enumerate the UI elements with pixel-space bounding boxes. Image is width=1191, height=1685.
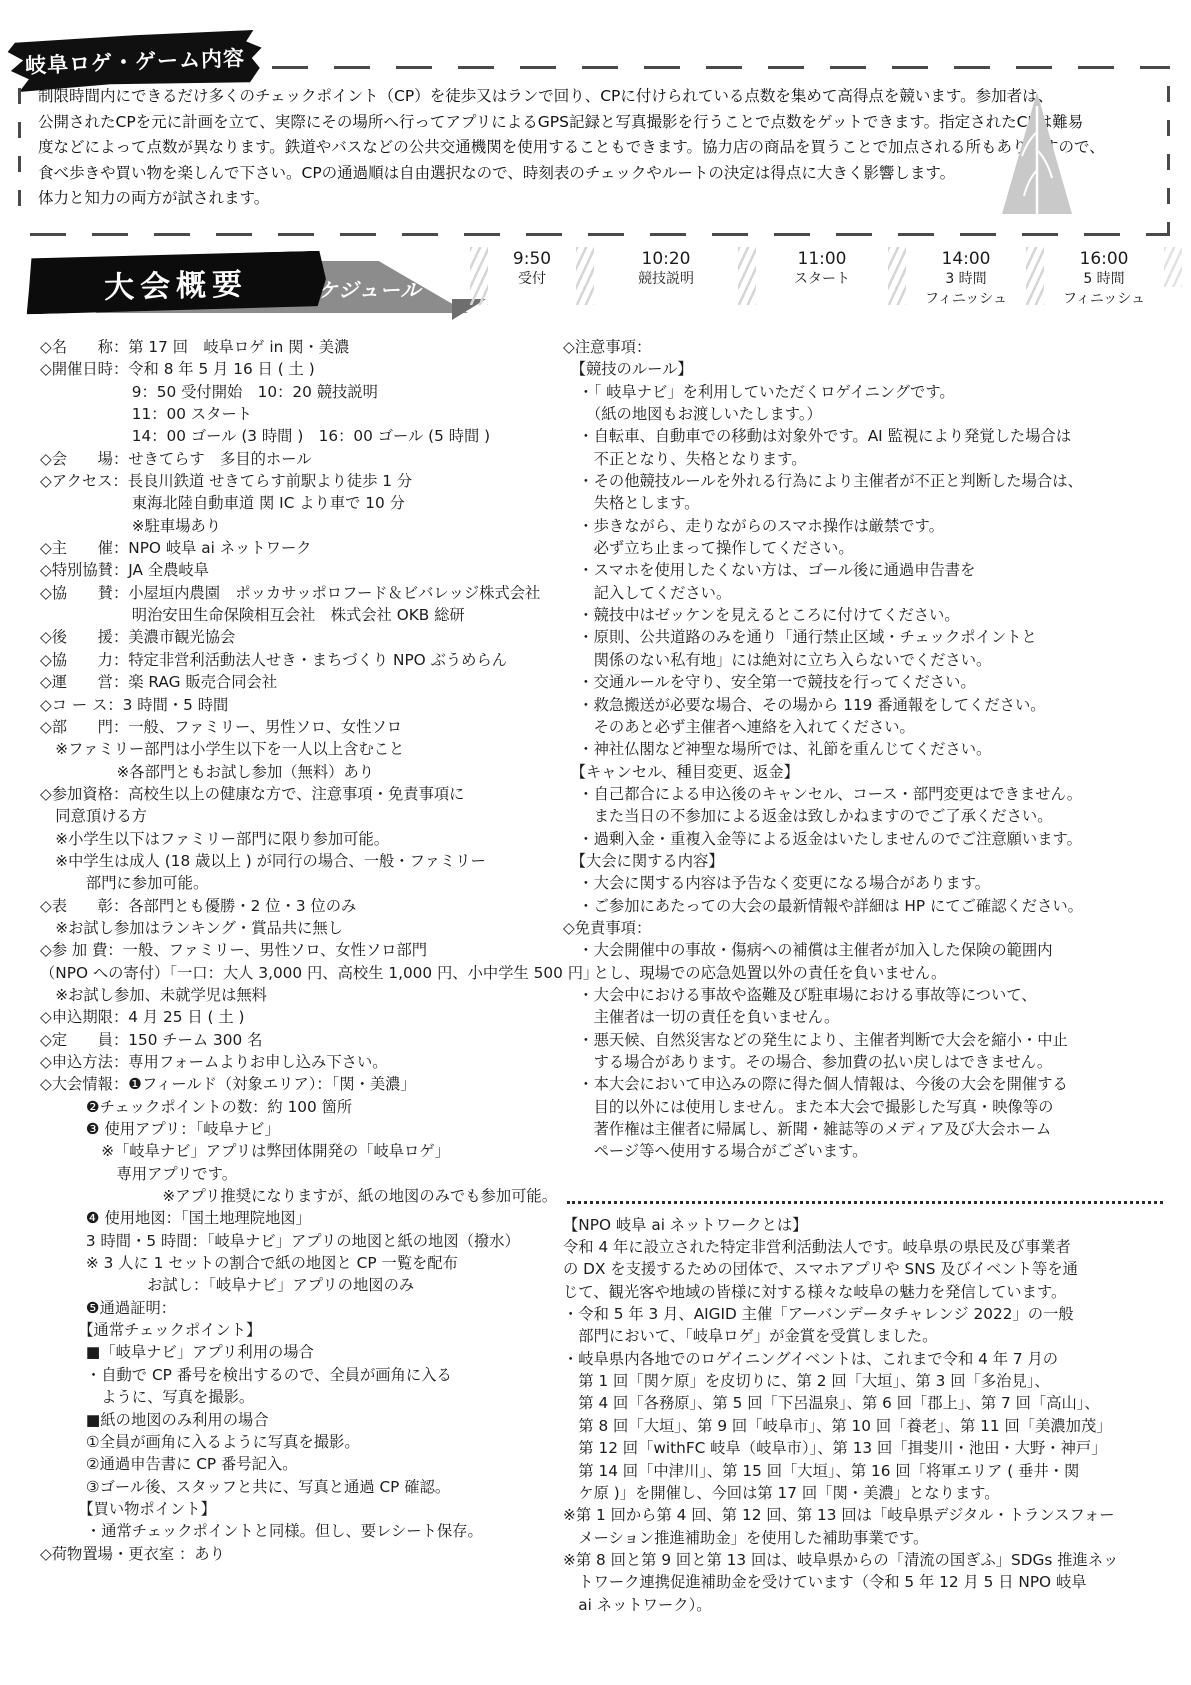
text-line: お試し：「岐阜ナビ」アプリの地図のみ bbox=[40, 1274, 565, 1296]
text-line: ・スマホを使用したくない方は、ゴール後に通過申告書を bbox=[563, 559, 1163, 581]
text-line: ◇アクセス：長良川鉄道 せきてらす前駅より徒歩 1 分 bbox=[40, 470, 565, 492]
text-line: ◇特別協賛：JA 全農岐阜 bbox=[40, 559, 565, 581]
text-line: ・交通ルールを守り、安全第一で競技を行ってください。 bbox=[563, 671, 1163, 693]
text-line: する場合があります。その場合、参加費の払い戻しはできません。 bbox=[563, 1051, 1163, 1073]
text-line: ※小学生以下はファミリー部門に限り参加可能。 bbox=[40, 828, 565, 850]
text-line: ②通過申告書に CP 番号記入。 bbox=[40, 1453, 565, 1475]
timeline-separator bbox=[576, 247, 594, 305]
timeline-separator bbox=[888, 247, 906, 305]
text-line: 食べ歩きや買い物を楽しんで下さい。CPの通過順は自由選択なので、時刻表のチェック… bbox=[38, 161, 1158, 187]
text-line: ※アプリ推奨になりますが、紙の地図のみでも参加可能。 bbox=[40, 1185, 565, 1207]
text-line: ※ファミリー部門は小学生以下を一人以上含むこと bbox=[40, 738, 565, 760]
text-line: 【通常チェックポイント】 bbox=[40, 1319, 565, 1341]
intro-box-border-left bbox=[18, 88, 21, 216]
text-line: 関係のない私有地」には絶対に立ち入らないでください。 bbox=[563, 649, 1163, 671]
text-line: ※お試し参加、未就学児は無料 bbox=[40, 984, 565, 1006]
text-line: ※中学生は成人 (18 歳以上 ) が同行の場合、一般・ファミリー bbox=[40, 850, 565, 872]
text-line: 【買い物ポイント】 bbox=[40, 1498, 565, 1520]
text-line: ◇運 営：楽 RAG 販売合同会社 bbox=[40, 671, 565, 693]
tree-icon bbox=[1000, 88, 1074, 218]
text-line: ◇会 場：せきてらす 多目的ホール bbox=[40, 448, 565, 470]
text-line: 第 4 回「各務原」、第 5 回「下呂温泉」、第 6 回「郡上」、第 7 回「高… bbox=[563, 1392, 1163, 1414]
text-line: ◇荷物置場・更衣室 ：あり bbox=[40, 1543, 565, 1565]
text-line: ・その他競技ルールを外れる行為により主催者が不正と判断した場合は、 bbox=[563, 470, 1163, 492]
text-line: ❹ 使用地図：「国土地理院地図」 bbox=[40, 1207, 565, 1229]
text-line: （NPO への寄付）「一口：大人 3,000 円、高校生 1,000 円、小中学… bbox=[40, 962, 565, 984]
text-line: ・大会に関する内容は予告なく変更になる場合があります。 bbox=[563, 872, 1163, 894]
text-line: ❷チェックポイントの数：約 100 箇所 bbox=[40, 1096, 565, 1118]
text-line: ・大会開催中の事故・傷病への補償は主催者が加入した保険の範囲内 bbox=[563, 939, 1163, 961]
text-line: ※第 8 回と第 9 回と第 13 回は、岐阜県からの「清流の国ぎふ」SDGs … bbox=[563, 1549, 1163, 1571]
left-column-details: ◇名 称：第 17 回 岐阜ロゲ in 関・美濃◇開催日時：令和 8 年 5 月… bbox=[40, 336, 565, 1565]
timeline-label: 競技説明 bbox=[596, 269, 736, 289]
text-line: 14：00 ゴール (3 時間 ) 16：00 ゴール (5 時間 ) bbox=[40, 425, 565, 447]
text-line: 明治安田生命保険相互会社 株式会社 OKB 総研 bbox=[40, 604, 565, 626]
text-line: ・悪天候、自然災害などの発生により、主催者判断で大会を縮小・中止 bbox=[563, 1029, 1163, 1051]
text-line: ◇免責事項： bbox=[563, 917, 1163, 939]
timeline-separator bbox=[470, 247, 488, 305]
text-line: 【競技のルール】 bbox=[563, 358, 1163, 380]
text-line: ◇名 称：第 17 回 岐阜ロゲ in 関・美濃 bbox=[40, 336, 565, 358]
text-line: トワーク連携促進補助金を受けています（令和 5 年 12 月 5 日 NPO 岐… bbox=[563, 1571, 1163, 1593]
timeline-time: 10:20 bbox=[596, 249, 736, 269]
text-line: （紙の地図もお渡しいたします。） bbox=[563, 403, 1163, 425]
text-line: ◇協 力：特定非営利活動法人せき・まちづくり NPO ぶうめらん bbox=[40, 649, 565, 671]
text-line: 著作権は主催者に帰属し、新聞・雑誌等のメディア及び大会ホーム bbox=[563, 1118, 1163, 1140]
text-line: そのあと必ず主催者へ連絡を入れてください。 bbox=[563, 716, 1163, 738]
intro-box-border-top bbox=[272, 66, 1170, 69]
text-line: ・神社仏閣など神聖な場所では、礼節を重んじてください。 bbox=[563, 738, 1163, 760]
text-line: ・ご参加にあたっての大会の最新情報や詳細は HP にてご確認ください。 bbox=[563, 895, 1163, 917]
text-line: ・原則、公共道路のみを通り「通行禁止区域・チェックポイントと bbox=[563, 626, 1163, 648]
text-line: 11：00 スタート bbox=[40, 403, 565, 425]
text-line: ◇コ ー ス：3 時間・5 時間 bbox=[40, 694, 565, 716]
intro-text: 制限時間内にできるだけ多くのチェックポイント（CP）を徒歩又はランで回り、CPに… bbox=[38, 84, 1158, 212]
text-line: ケ原 )」を開催し、今回は第 17 回「関・美濃」となります。 bbox=[563, 1482, 1163, 1504]
timeline-label: 3 時間 フィニッシュ bbox=[908, 269, 1024, 309]
dotted-divider bbox=[567, 1201, 1163, 1204]
text-line: ■「岐阜ナビ」アプリ利用の場合 bbox=[40, 1341, 565, 1363]
text-line: また当日の不参加による返金は致しかねますのでご了承ください。 bbox=[563, 805, 1163, 827]
timeline: 9:50 受付 10:20 競技説明 11:00 スタート 14:00 3 時間… bbox=[468, 247, 1174, 309]
text-line: ・過剰入金・重複入金等による返金はいたしませんのでご注意願います。 bbox=[563, 828, 1163, 850]
text-line: 【キャンセル、種目変更、返金】 bbox=[563, 761, 1163, 783]
text-line: 同意頂ける方 bbox=[40, 805, 565, 827]
text-line: じて、観光客や地域の皆様に対する様々な岐阜の魅力を発信しています。 bbox=[563, 1281, 1163, 1303]
text-line: ❺通過証明： bbox=[40, 1297, 565, 1319]
text-line: ◇開催日時：令和 8 年 5 月 16 日 ( 土 ) bbox=[40, 358, 565, 380]
timeline-time: 11:00 bbox=[758, 249, 886, 269]
text-line: 東海北陸自動車道 関 IC より車で 10 分 bbox=[40, 492, 565, 514]
timeline-separator bbox=[1026, 247, 1044, 305]
text-line: 令和 4 年に設立された特定非営利活動法人です。岐阜県の県民及び事業者 bbox=[563, 1236, 1163, 1258]
text-line: ◇申込期限：4 月 25 日 ( 土 ) bbox=[40, 1006, 565, 1028]
text-line: ・通常チェックポイントと同様。但し、要レシート保存。 bbox=[40, 1520, 565, 1542]
text-line: とし、現場での応急処置以外の責任を負いません。 bbox=[563, 962, 1163, 984]
text-line: ◇大会情報：❶フィールド（対象エリア）：「関・美濃」 bbox=[40, 1073, 565, 1095]
text-line: 専用アプリです。 bbox=[40, 1163, 565, 1185]
text-line: ❸ 使用アプリ：「岐阜ナビ」 bbox=[40, 1118, 565, 1140]
text-line: ◇後 援：美濃市観光協会 bbox=[40, 626, 565, 648]
text-line: 体力と知力の両方が試されます。 bbox=[38, 186, 1158, 212]
timeline-time: 16:00 bbox=[1046, 249, 1162, 269]
text-line: の DX を支援するための団体で、スマホアプリや SNS 及びイベント等を通 bbox=[563, 1258, 1163, 1280]
text-line: 部門に参加可能。 bbox=[40, 872, 565, 894]
timeline-separator bbox=[738, 247, 756, 305]
text-line: ・救急搬送が必要な場合、その場から 119 番通報をしてください。 bbox=[563, 694, 1163, 716]
text-line: 【大会に関する内容】 bbox=[563, 850, 1163, 872]
text-line: ※駐車場あり bbox=[40, 515, 565, 537]
text-line: ・競技中はゼッケンを見えるところに付けてください。 bbox=[563, 604, 1163, 626]
text-line: 制限時間内にできるだけ多くのチェックポイント（CP）を徒歩又はランで回り、CPに… bbox=[38, 84, 1158, 110]
text-line: ◇注意事項： bbox=[563, 336, 1163, 358]
timeline-time: 9:50 bbox=[490, 249, 574, 269]
text-line: ◇申込方法：専用フォームよりお申し込み下さい。 bbox=[40, 1051, 565, 1073]
timeline-item-finish-5h: 16:00 5 時間 フィニッシュ bbox=[1046, 247, 1162, 309]
text-line: ・本大会において申込みの際に得た個人情報は、今後の大会を開催する bbox=[563, 1073, 1163, 1095]
text-line: ①全員が画角に入るように写真を撮影。 bbox=[40, 1431, 565, 1453]
timeline-time: 14:00 bbox=[908, 249, 1024, 269]
text-line: ③ゴール後、スタッフと共に、写真と通過 CP 確認。 bbox=[40, 1476, 565, 1498]
text-line: 主催者は一切の責任を負いません。 bbox=[563, 1006, 1163, 1028]
text-line: 記入してください。 bbox=[563, 582, 1163, 604]
timeline-label: スタート bbox=[758, 269, 886, 289]
header-badge-label: 岐阜ロゲ・ゲーム内容 bbox=[25, 42, 246, 80]
text-line: ◇参加資格：高校生以上の健康な方で、注意事項・免責事項に bbox=[40, 783, 565, 805]
intro-box-border-bottom bbox=[30, 233, 1170, 236]
text-line: ・歩きながら、走りながらのスマホ操作は厳禁です。 bbox=[563, 515, 1163, 537]
timeline-item-reception: 9:50 受付 bbox=[490, 247, 574, 289]
text-line: 必ず立ち止まって操作してください。 bbox=[563, 537, 1163, 559]
text-line: ◇参 加 費：一般、ファミリー、男性ソロ、女性ソロ部門 bbox=[40, 939, 565, 961]
text-line: ■紙の地図のみ利用の場合 bbox=[40, 1409, 565, 1431]
text-line: ように、写真を撮影。 bbox=[40, 1386, 565, 1408]
text-line: 失格とします。 bbox=[563, 492, 1163, 514]
text-line: 第 8 回「大垣」、第 9 回「岐阜市」、第 10 回「養老」、第 11 回「美… bbox=[563, 1415, 1163, 1437]
text-line: ・大会中における事故や盗難及び駐車場における事故等について、 bbox=[563, 984, 1163, 1006]
text-line: 部門において、「岐阜ロゲ」が金賞を受賞しました。 bbox=[563, 1325, 1163, 1347]
text-line: ◇定 員：150 チーム 300 名 bbox=[40, 1029, 565, 1051]
text-line: ◇主 催：NPO 岐阜 ai ネットワーク bbox=[40, 537, 565, 559]
text-line: ・自動で CP 番号を検出するので、全員が画角に入る bbox=[40, 1364, 565, 1386]
text-line: ◇協 賛：小屋垣内農園 ポッカサッポロフード＆ビバレッジ株式会社 bbox=[40, 582, 565, 604]
text-line: ◇部 門：一般、ファミリー、男性ソロ、女性ソロ bbox=[40, 716, 565, 738]
overview-title-box: 大会概要 bbox=[25, 251, 326, 315]
right-column: ◇注意事項： 【競技のルール】 ・「 岐阜ナビ」を利用していただくロゲイニングで… bbox=[563, 336, 1163, 1616]
text-line: ・岐阜県内各地でのロゲイニングイベントは、これまで令和 4 年 7 月の bbox=[563, 1348, 1163, 1370]
text-line: ※ 3 人に 1 セットの割合で紙の地図と CP 一覧を配布 bbox=[40, 1252, 565, 1274]
text-line: ・令和 5 年 3 月、AIGID 主催「アーバンデータチャレンジ 2022」の… bbox=[563, 1303, 1163, 1325]
text-line: 第 12 回「withFC 岐阜（岐阜市）」、第 13 回「揖斐川・池田・大野・… bbox=[563, 1437, 1163, 1459]
text-line: 公開されたCPを元に計画を立て、実際にその場所へ行ってアプリによるGPS記録と写… bbox=[38, 110, 1158, 136]
text-line: 3 時間・5 時間：「岐阜ナビ」アプリの地図と紙の地図（撥水） bbox=[40, 1230, 565, 1252]
npo-section: 【NPO 岐阜 ai ネットワークとは】令和 4 年に設立された特定非営利活動法… bbox=[563, 1214, 1163, 1616]
overview-title: 大会概要 bbox=[104, 259, 249, 306]
text-line: 目的以外には使用しません。また本大会で撮影した写真・映像等の bbox=[563, 1096, 1163, 1118]
text-line: 不正となり、失格となります。 bbox=[563, 448, 1163, 470]
text-line: ※第 1 回から第 4 回、第 12 回、第 13 回は「岐阜県デジタル・トラン… bbox=[563, 1504, 1163, 1526]
text-line: ・自転車、自動車での移動は対象外です。AI 監視により発覚した場合は bbox=[563, 425, 1163, 447]
text-line: メーション推進補助金」を使用した補助事業です。 bbox=[563, 1527, 1163, 1549]
text-line: ※お試し参加はランキング・賞品共に無し bbox=[40, 917, 565, 939]
text-line: ※「岐阜ナビ」アプリは弊団体開発の「岐阜ロゲ」 bbox=[40, 1140, 565, 1162]
notes-section: ◇注意事項： 【競技のルール】 ・「 岐阜ナビ」を利用していただくロゲイニングで… bbox=[563, 336, 1163, 1163]
text-line: ※各部門ともお試し参加（無料）あり bbox=[40, 761, 565, 783]
text-line: ページ等へ使用する場合がございます。 bbox=[563, 1140, 1163, 1162]
timeline-item-finish-3h: 14:00 3 時間 フィニッシュ bbox=[908, 247, 1024, 309]
text-line: 9：50 受付開始 10：20 競技説明 bbox=[40, 381, 565, 403]
timeline-item-briefing: 10:20 競技説明 bbox=[596, 247, 736, 289]
timeline-separator bbox=[1164, 247, 1182, 287]
timeline-item-start: 11:00 スタート bbox=[758, 247, 886, 289]
timeline-label: 受付 bbox=[490, 269, 574, 289]
flyer-page: 岐阜ロゲ・ゲーム内容 制限時間内にできるだけ多くのチェックポイント（CP）を徒歩… bbox=[0, 0, 1191, 1685]
timeline-label: 5 時間 フィニッシュ bbox=[1046, 269, 1162, 309]
text-line: 第 14 回「中津川」、第 15 回「大垣」、第 16 回「将軍エリア ( 垂井… bbox=[563, 1460, 1163, 1482]
text-line: ・「 岐阜ナビ」を利用していただくロゲイニングです。 bbox=[563, 381, 1163, 403]
text-line: 度などによって点数が異なります。鉄道やバスなどの公共交通機関を使用することもでき… bbox=[38, 135, 1158, 161]
intro-box-border-right bbox=[1167, 86, 1170, 236]
text-line: ◇表 彰：各部門とも優勝・2 位・3 位のみ bbox=[40, 895, 565, 917]
text-line: ・自己都合による申込後のキャンセル、コース・部門変更はできません。 bbox=[563, 783, 1163, 805]
text-line: 第 1 回「関ケ原」を皮切りに、第 2 回「大垣」、第 3 回「多治見」、 bbox=[563, 1370, 1163, 1392]
text-line: ai ネットワーク）。 bbox=[563, 1594, 1163, 1616]
text-line: 【NPO 岐阜 ai ネットワークとは】 bbox=[563, 1214, 1163, 1236]
